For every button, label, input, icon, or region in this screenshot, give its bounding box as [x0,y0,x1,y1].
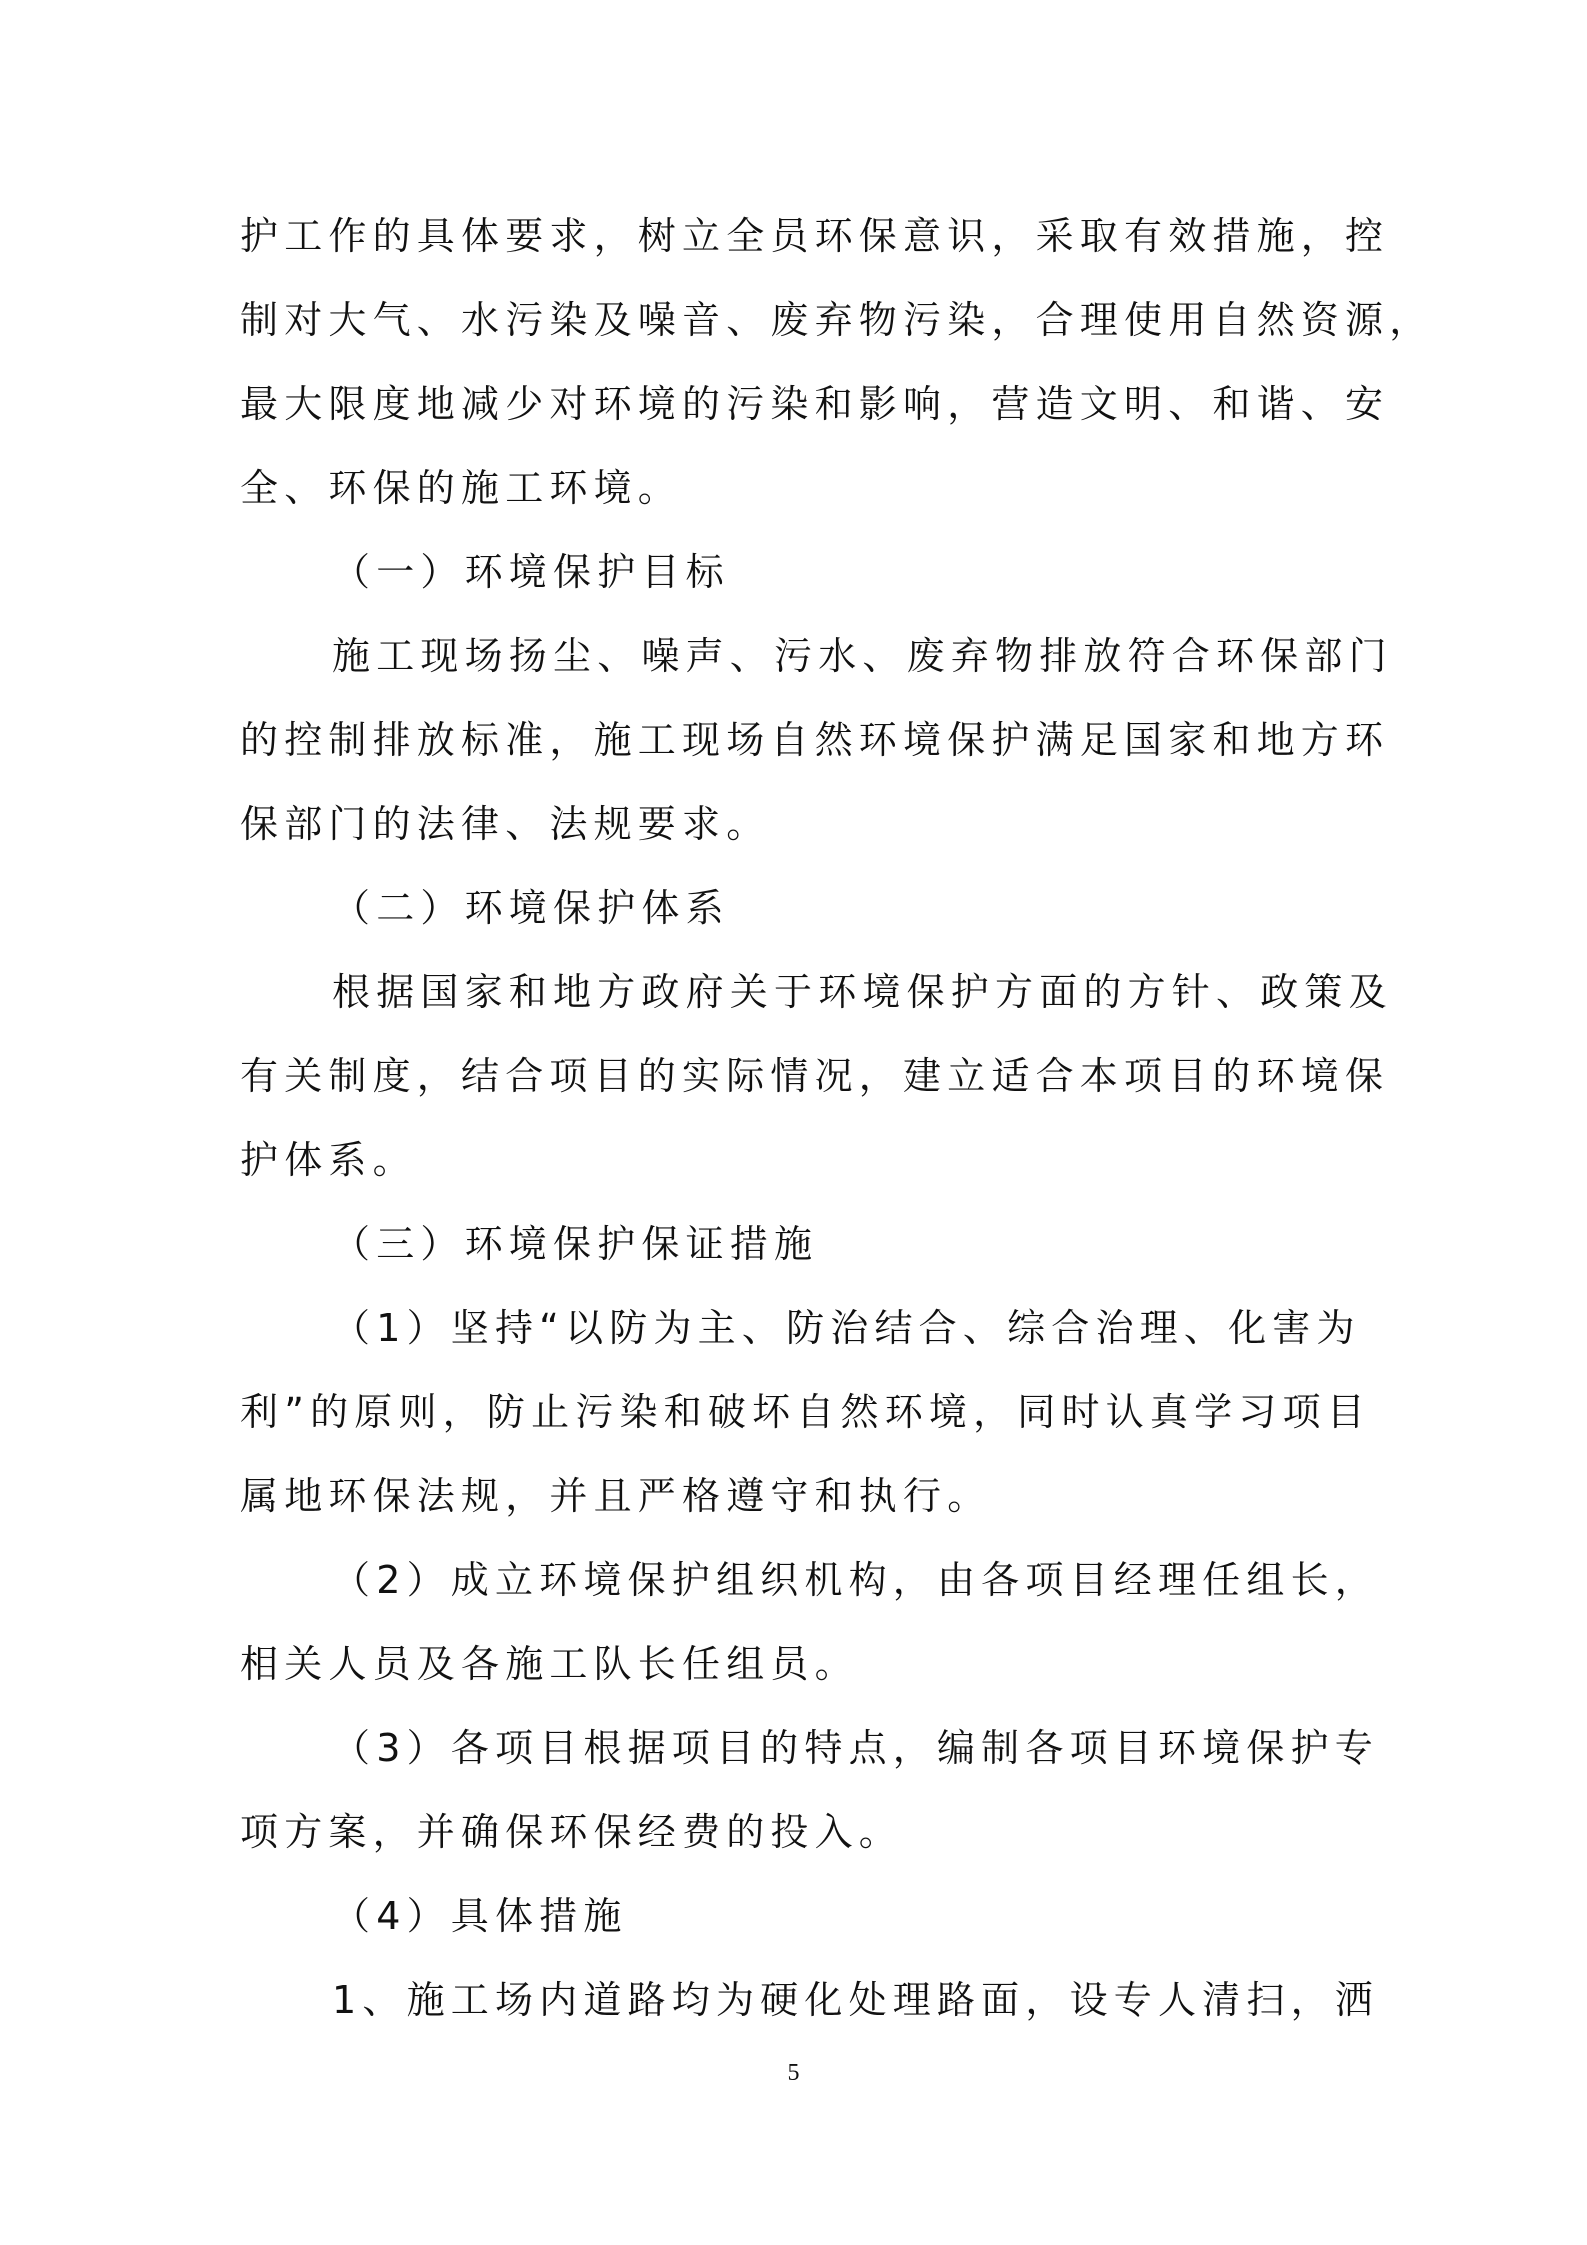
paragraph-line: 全、环保的施工环境。 [240,458,1350,518]
paragraph-line: 的控制排放标准，施工现场自然环境保护满足国家和地方环 [240,710,1350,770]
paragraph-line: 制对大气、水污染及噪音、废弃物污染，合理使用自然资源， [240,290,1350,350]
page-number: 5 [0,2060,1587,2087]
list-item-2: （2）成立环境保护组织机构，由各项目经理任组长， [332,1550,1350,1610]
document-page: 护工作的具体要求，树立全员环保意识，采取有效措施，控 制对大气、水污染及噪音、废… [0,0,1587,2245]
paragraph-line: 施工现场扬尘、噪声、污水、废弃物排放符合环保部门 [332,626,1350,686]
paragraph-line: 最大限度地减少对环境的污染和影响，营造文明、和谐、安 [240,374,1350,434]
paragraph-line: 属地环保法规，并且严格遵守和执行。 [240,1466,1350,1526]
paragraph-line: 护体系。 [240,1130,1350,1190]
paragraph-line: 根据国家和地方政府关于环境保护方面的方针、政策及 [332,962,1350,1022]
list-item-1: （1）坚持“以防为主、防治结合、综合治理、化害为 [332,1298,1350,1358]
paragraph-line: 保部门的法律、法规要求。 [240,794,1350,854]
paragraph-line: 相关人员及各施工队长任组员。 [240,1634,1350,1694]
paragraph-line: 有关制度，结合项目的实际情况，建立适合本项目的环境保 [240,1046,1350,1106]
section-heading-2: （二）环境保护体系 [332,878,1350,938]
section-heading-3: （三）环境保护保证措施 [332,1214,1350,1274]
list-item-3: （3）各项目根据项目的特点，编制各项目环境保护专 [332,1718,1350,1778]
paragraph-line: 利”的原则，防止污染和破坏自然环境，同时认真学习项目 [240,1382,1350,1442]
list-item-4: （4）具体措施 [332,1886,1350,1946]
sub-item-1: 1、施工场内道路均为硬化处理路面，设专人清扫，洒 [332,1970,1350,2030]
section-heading-1: （一）环境保护目标 [332,542,1350,602]
paragraph-line: 护工作的具体要求，树立全员环保意识，采取有效措施，控 [240,206,1350,266]
paragraph-line: 项方案，并确保环保经费的投入。 [240,1802,1350,1862]
